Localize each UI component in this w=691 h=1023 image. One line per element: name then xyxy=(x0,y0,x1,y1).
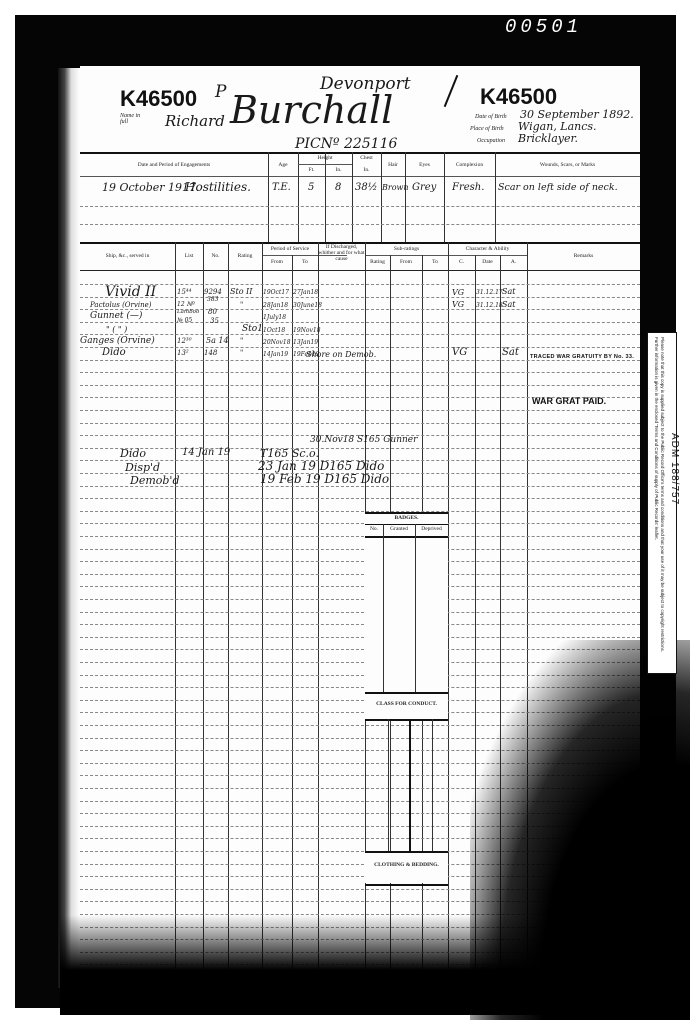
header-a: A. xyxy=(500,260,527,266)
header-date-period: Date and Period of Engagements xyxy=(80,163,268,169)
badges-box xyxy=(365,512,448,692)
no-cell: 9294 xyxy=(204,288,222,296)
header-rating: Rating xyxy=(228,254,262,260)
rating-cell: Sto II xyxy=(230,287,252,296)
rule xyxy=(80,284,640,285)
scan-shadow xyxy=(60,915,680,1015)
ability-cell: Sat xyxy=(502,300,515,309)
header-from: From xyxy=(262,260,292,266)
divider xyxy=(80,152,640,154)
header-complexion: Complexion xyxy=(444,163,495,169)
list-cell: Lamboo xyxy=(177,309,199,315)
col-line xyxy=(415,524,416,692)
discharged-cell: Shore on Demob. xyxy=(306,349,386,361)
no-cell: 148 xyxy=(204,349,217,357)
age-value: T.E. xyxy=(272,182,291,193)
list-cell: 13² xyxy=(177,349,189,357)
from-cell: 1July18 xyxy=(263,314,286,321)
divider xyxy=(365,524,448,525)
hair-value: Brown xyxy=(382,183,409,192)
first-name: Richard xyxy=(165,112,225,130)
rule xyxy=(80,224,640,225)
header-c: C. xyxy=(448,260,475,266)
list-cell: 12³⁰ xyxy=(177,337,192,345)
note-line: 30.Nov18 S165 Gunner xyxy=(310,435,417,445)
clothing-bedding-title: CLOTHING & BEDDING. xyxy=(365,863,448,869)
official-number-left: K46500 xyxy=(120,86,197,112)
note-col1: Dido xyxy=(120,447,146,460)
surname: Burchall xyxy=(230,88,393,132)
badges-col-granted: Granted xyxy=(383,527,415,533)
badges-title: BADGES. xyxy=(365,516,448,522)
list-cell: 12 ℕº xyxy=(177,301,195,308)
badges-col-no: No. xyxy=(365,527,383,533)
rating-cell: " xyxy=(240,337,243,345)
rating-cell: " xyxy=(240,349,243,357)
header-height: Height xyxy=(298,156,352,162)
division-mark: P xyxy=(215,82,226,102)
height-in-value: 8 xyxy=(335,182,341,193)
divider xyxy=(298,164,352,165)
from-cell: 14Jan19 xyxy=(263,351,288,358)
header-list: List xyxy=(175,254,203,260)
rule xyxy=(80,498,640,499)
rule xyxy=(80,410,640,411)
col-line xyxy=(383,524,384,692)
ship-cell: Pactolus (Orvine) xyxy=(90,301,151,309)
divider xyxy=(80,270,640,271)
slash-mark xyxy=(444,75,459,107)
rule xyxy=(80,322,640,323)
header-remarks: Remarks xyxy=(527,254,640,260)
divider xyxy=(365,512,448,514)
engagement-period: Hostilities. xyxy=(185,180,251,194)
occupation: Bricklayer. xyxy=(518,132,578,145)
character-cell: VG xyxy=(452,288,464,297)
wounds-value: Scar on left side of neck. xyxy=(498,182,618,193)
ability-cell: Sat xyxy=(502,287,515,296)
from-cell: 20Nov18 xyxy=(263,339,291,346)
header-height-ft: Ft. xyxy=(298,168,325,174)
no-cell: 35 xyxy=(210,317,219,325)
header-age: Age xyxy=(268,163,298,169)
rule xyxy=(80,561,640,562)
no-cell: 5a 14 xyxy=(206,336,229,345)
header-ship: Ship, &c., served in xyxy=(80,254,175,260)
header-sr-to: To xyxy=(422,260,448,266)
complexion-value: Fresh. xyxy=(452,182,484,193)
rule xyxy=(80,347,640,348)
list-cell: 15⁴⁴ xyxy=(177,288,192,296)
header-wounds: Wounds, Scars, or Marks xyxy=(495,163,640,169)
col-line xyxy=(298,152,299,242)
divider xyxy=(365,719,448,721)
col-line xyxy=(448,242,449,991)
header-chest-in: In. xyxy=(352,168,381,174)
occupation-label: Occupation xyxy=(477,138,505,144)
header-chest: Chest xyxy=(352,156,381,162)
col-line xyxy=(325,152,326,242)
list-cell: № 05 xyxy=(177,317,192,324)
divider xyxy=(365,884,448,886)
official-number-right: K46500 xyxy=(480,84,557,110)
date-cell: 31.12.18 xyxy=(476,302,503,309)
rule xyxy=(80,523,640,524)
rule xyxy=(80,206,640,207)
rule xyxy=(80,511,640,512)
col-line xyxy=(228,242,229,991)
note-line: 23 Jan 19 D165 Dido xyxy=(258,459,384,473)
ship-cell: " ( " ) xyxy=(106,325,127,334)
to-cell: 27Jan18 xyxy=(293,289,318,296)
no-cell: 383 xyxy=(207,296,218,303)
rating-cell: " xyxy=(240,301,243,309)
to-cell: 13Jan19 xyxy=(293,339,318,346)
rule xyxy=(80,574,640,575)
col-line xyxy=(352,152,353,242)
note-col1: Demob'd xyxy=(130,474,180,487)
note-col2: 14 Jan 19 xyxy=(182,447,230,458)
war-gratuity-traced-stamp: TRACED WAR GRATUITY BY No. 33. xyxy=(530,354,634,360)
rule xyxy=(80,423,640,424)
archive-stamp: 00501 xyxy=(505,16,582,38)
character-cell: VG xyxy=(452,300,464,309)
divider xyxy=(80,176,640,177)
header-discharged: If Discharged, whither and for what caus… xyxy=(318,245,365,262)
header-date: Date xyxy=(475,260,500,266)
header-hair: Hair xyxy=(381,163,405,169)
ship-cell: Ganges (Orvine) xyxy=(80,336,155,346)
col-line xyxy=(175,242,176,991)
no-cell: 80 xyxy=(208,308,217,316)
note-line: 19 Feb 19 D165 Dido xyxy=(260,472,389,486)
rule xyxy=(80,612,640,613)
header-character-ability: Character & Ability xyxy=(448,247,527,253)
rule xyxy=(80,448,640,449)
rule xyxy=(80,586,640,587)
rule xyxy=(80,309,640,310)
to-cell: 30June18 xyxy=(293,302,322,309)
rule xyxy=(80,297,640,298)
header-period-of-service: Period of Service xyxy=(262,247,318,253)
dob-label: Date of Birth xyxy=(475,114,507,120)
eyes-value: Grey xyxy=(412,182,436,193)
copyright-notice: Please note that this copy is supplied s… xyxy=(653,337,665,667)
height-ft-value: 5 xyxy=(308,182,314,193)
ability-cell: Sat xyxy=(502,347,519,358)
header-sr-rating: Rating xyxy=(365,260,390,266)
divider xyxy=(365,536,448,538)
from-cell: 19Oct17 xyxy=(263,289,289,296)
rule xyxy=(80,599,640,600)
date-cell: 31.12.17 xyxy=(476,289,503,296)
header-no: No. xyxy=(203,254,228,260)
page-edge-left xyxy=(58,68,80,988)
header-to: To xyxy=(292,260,318,266)
archive-reference-label: ADM 188/757 Please note that this copy i… xyxy=(647,332,677,674)
from-cell: 1Oct18 xyxy=(263,327,285,334)
header-height-in: In. xyxy=(325,168,352,174)
from-cell: 28Jan18 xyxy=(263,302,288,309)
chest-value: 38½ xyxy=(355,182,377,193)
pob-label: Place of Birth xyxy=(470,126,504,132)
pic-number: PICNº 225116 xyxy=(295,136,397,152)
divider xyxy=(80,242,640,244)
col-line xyxy=(292,255,293,991)
badges-col-deprived: Deprived xyxy=(415,527,448,533)
class-for-conduct-title: CLASS FOR CONDUCT. xyxy=(365,702,448,708)
rule xyxy=(80,385,640,386)
archive-reference: ADM 188/757 xyxy=(671,433,677,505)
ship-cell: Vivid II xyxy=(105,284,156,300)
col-line xyxy=(432,719,433,851)
rule xyxy=(80,637,640,638)
rule xyxy=(80,372,640,373)
rule xyxy=(80,549,640,550)
rating-cell: Sto1 xyxy=(242,324,263,334)
col-line xyxy=(388,719,389,851)
header-sr-from: From xyxy=(390,260,422,266)
header-sub-ratings: Sub-ratings xyxy=(365,247,448,253)
note-col1: Disp'd xyxy=(125,461,160,474)
war-grat-paid-stamp: WAR GRAT PAID. xyxy=(532,396,606,406)
to-cell: 19Nov18 xyxy=(293,327,321,334)
ship-cell: Dido xyxy=(102,347,126,358)
rule xyxy=(80,624,640,625)
rule xyxy=(80,536,640,537)
col-line xyxy=(409,719,411,851)
name-label: Name in full xyxy=(120,113,144,125)
ship-cell: Gunnet (—) xyxy=(90,311,142,321)
character-cell: VG xyxy=(452,347,467,358)
header-eyes: Eyes xyxy=(405,163,444,169)
rule xyxy=(80,334,640,335)
